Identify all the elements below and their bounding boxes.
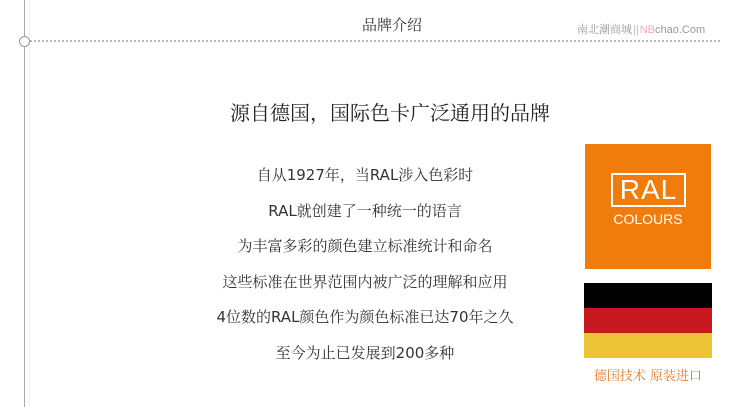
description-line: RAL就创建了一种统一的语言 xyxy=(150,199,580,235)
description-line: 4位数的RAL颜色作为颜色标准已达70年之久 xyxy=(150,305,580,341)
headline: 源自德国，国际色卡广泛通用的品牌 xyxy=(120,97,660,126)
ral-logo: RAL COLOURS xyxy=(585,144,711,269)
section-title: 品牌介绍 xyxy=(300,14,484,35)
ral-logo-subtitle: COLOURS xyxy=(585,211,711,227)
description-line: 自从1927年，当RAL涉入色彩时 xyxy=(150,163,580,199)
description-line: 为丰富多彩的颜色建立标准统计和命名 xyxy=(150,234,580,270)
brand-domain-rest: chao.Com xyxy=(655,24,705,36)
description-lines: 自从1927年，当RAL涉入色彩时 RAL就创建了一种统一的语言 为丰富多彩的颜… xyxy=(150,163,580,376)
flag-caption: 德国技术 原装进口 xyxy=(578,365,718,384)
timeline-shadow xyxy=(29,0,30,407)
timeline-node-icon xyxy=(19,36,30,47)
germany-flag-icon xyxy=(584,283,712,358)
flag-stripe-black xyxy=(584,283,712,308)
brand-name: 南北潮商城 xyxy=(577,24,632,36)
description-line: 这些标准在世界范围内被广泛的理解和应用 xyxy=(150,270,580,306)
dotted-divider xyxy=(30,40,720,42)
flag-stripe-red xyxy=(584,308,712,333)
brand-watermark: 南北潮商城||NBchao.Com xyxy=(577,21,705,37)
brand-separator: || xyxy=(633,24,639,36)
flag-stripe-gold xyxy=(584,333,712,358)
brand-domain-nb: NB xyxy=(640,24,655,36)
description-line: 至今为止已发展到200多种 xyxy=(150,341,580,377)
ral-logo-title: RAL xyxy=(611,173,686,207)
timeline-line xyxy=(24,0,25,407)
